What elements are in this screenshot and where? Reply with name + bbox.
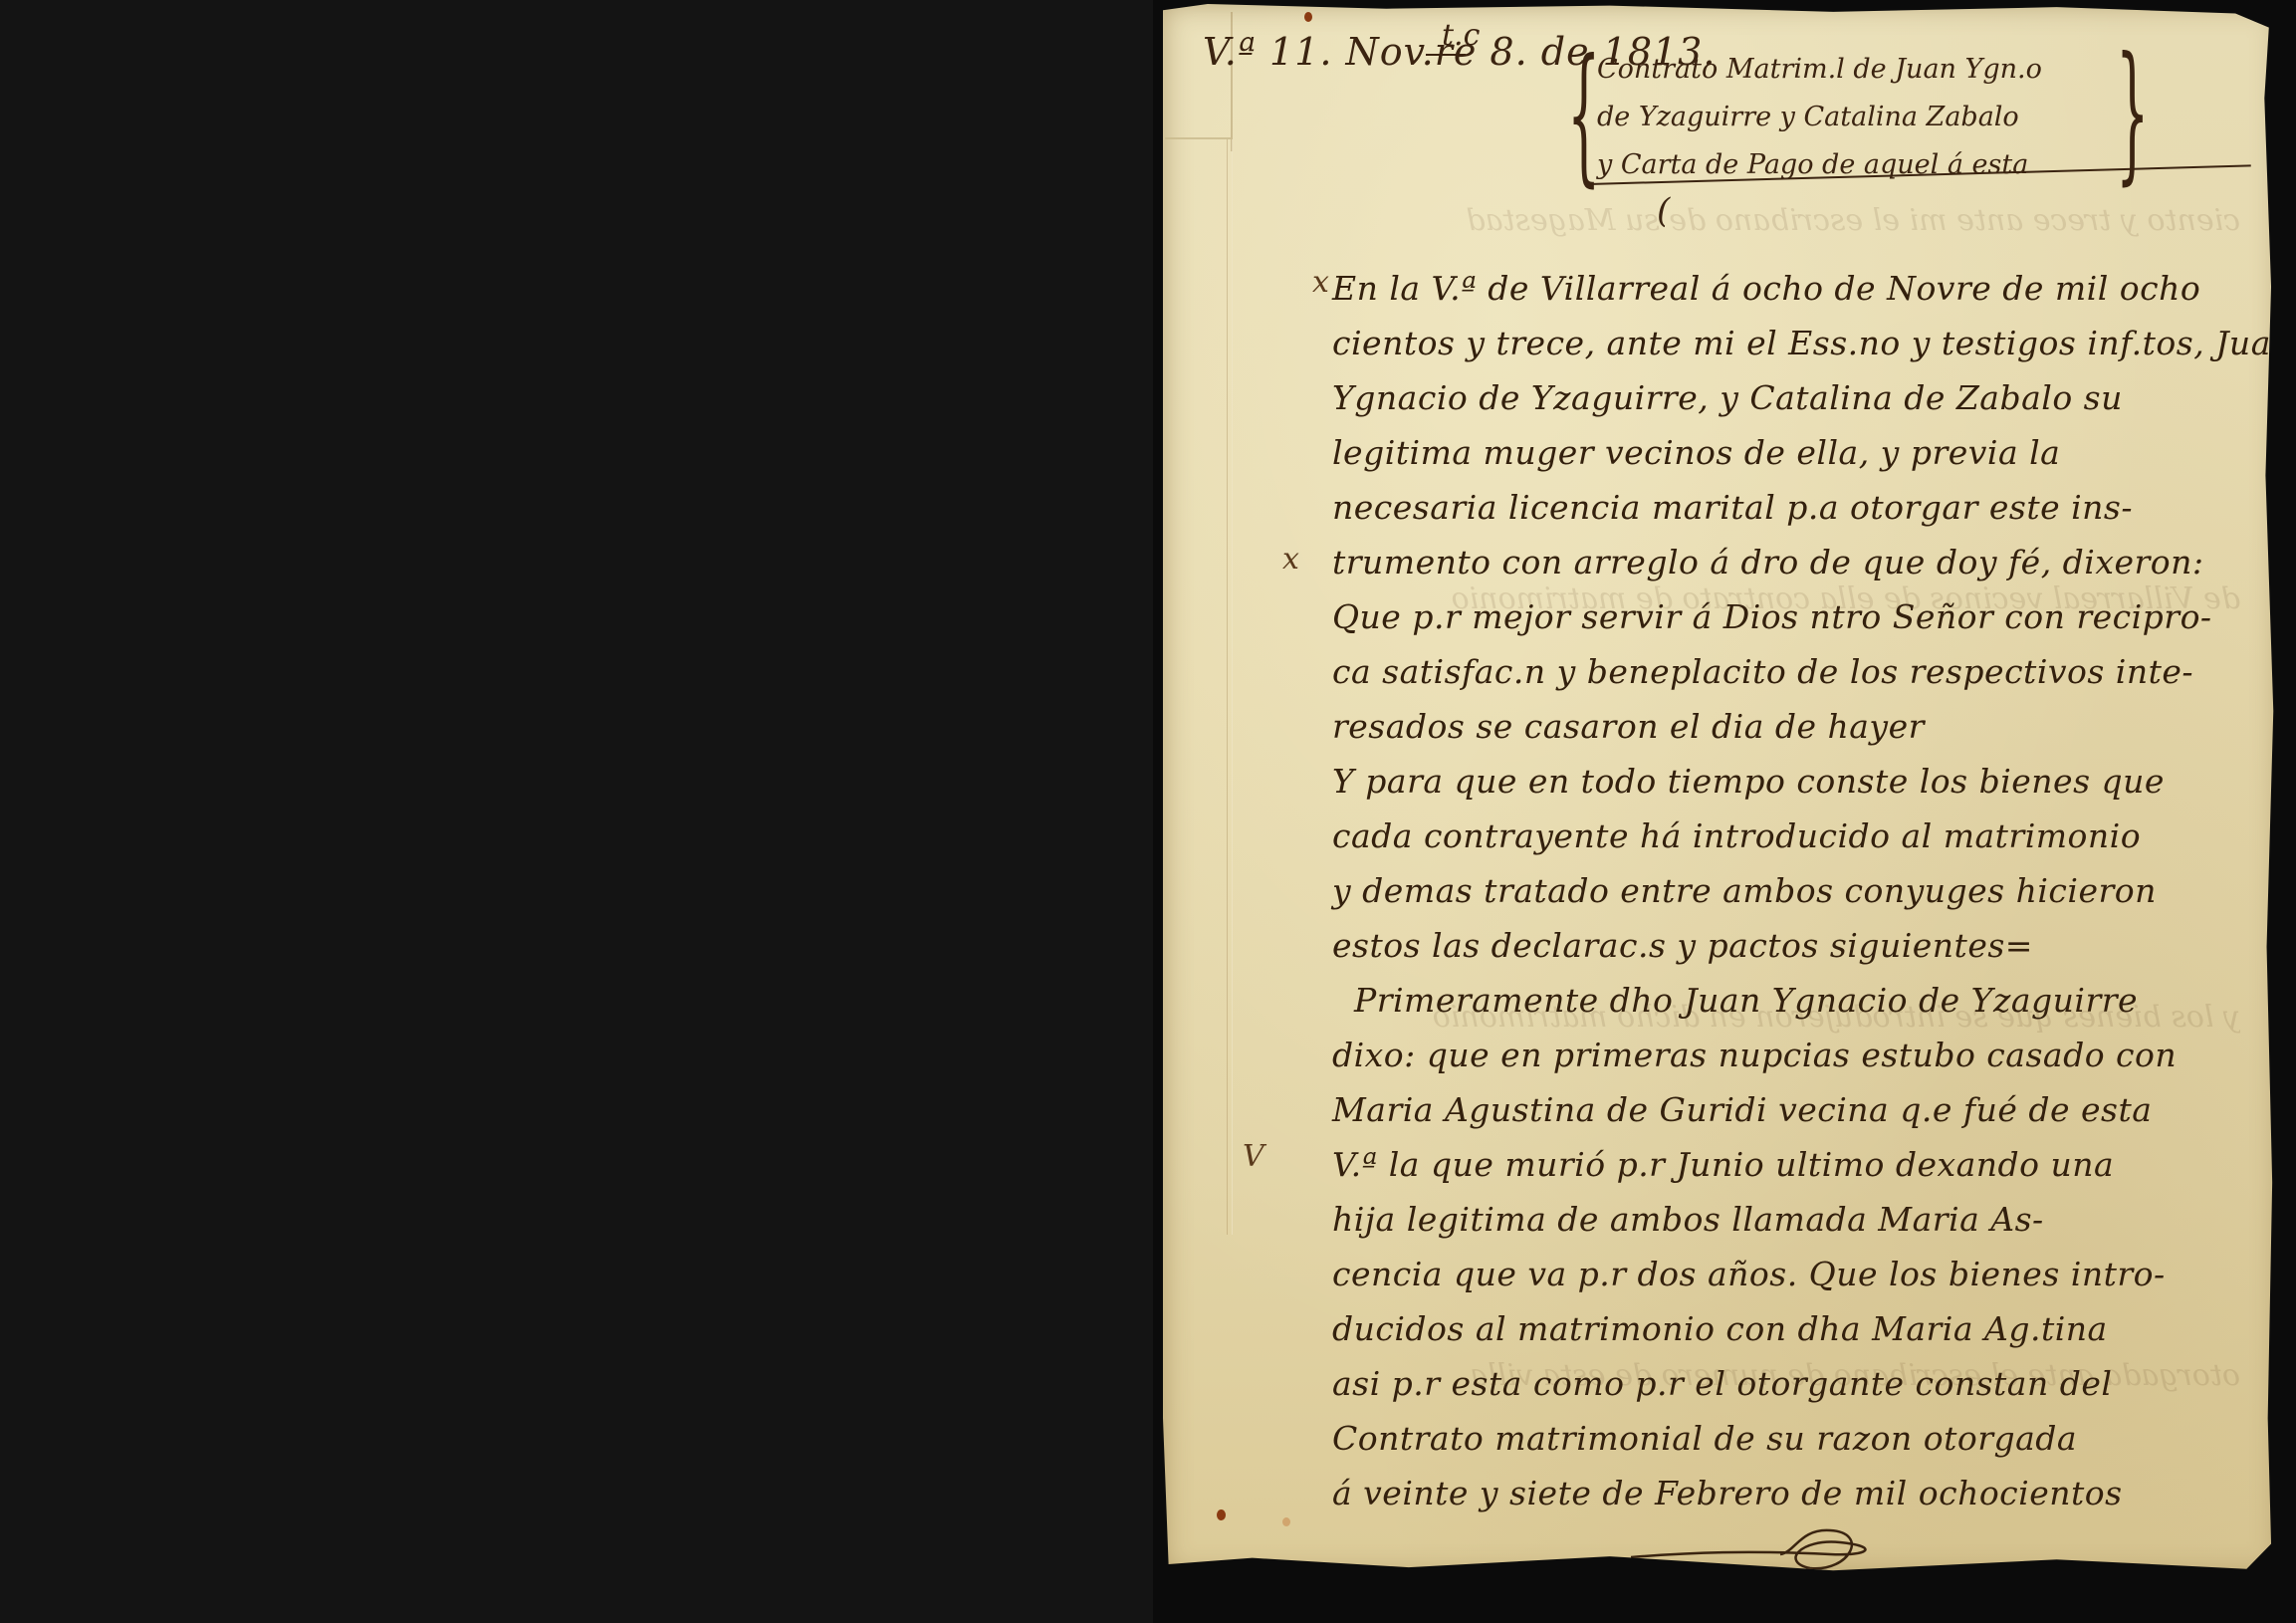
brace-right-icon: } xyxy=(2116,38,2149,187)
fold-crease xyxy=(1227,139,1233,1235)
text-line: necesaria licencia marital p.a otorgar e… xyxy=(1332,480,2208,535)
text-line: resados se casaron el dia de hayer xyxy=(1332,699,2208,754)
image-viewer: ciento y trece ante mi el escribano de s… xyxy=(0,0,2296,1623)
header-mark: t.c xyxy=(1442,18,1480,53)
text-line: asi p.r esta como p.r el otorgante const… xyxy=(1332,1356,2208,1411)
text-line: cada contrayente há introducido al matri… xyxy=(1332,809,2208,863)
text-line: cientos y trece, ante mi el Ess.no y tes… xyxy=(1332,316,2208,370)
ink-stain xyxy=(1217,1509,1226,1520)
ink-stain xyxy=(1304,12,1312,22)
ink-stain xyxy=(1282,1517,1290,1526)
text-line: En la V.ª de Villarreal á ocho de Novre … xyxy=(1332,261,2208,316)
summary-line: de Yzaguirre y Catalina Zabalo xyxy=(1597,94,2109,141)
text-line: Primeramente dho Juan Ygnacio de Yzaguir… xyxy=(1332,973,2208,1028)
text-line: dixo: que en primeras nupcias estubo cas… xyxy=(1332,1028,2208,1082)
text-line: Que p.r mejor servir á Dios ntro Señor c… xyxy=(1332,589,2208,644)
text-line: Contrato matrimonial de su razon otorgad… xyxy=(1332,1411,2208,1466)
text-line: legitima muger vecinos de ella, y previa… xyxy=(1332,425,2208,480)
manuscript-page: ciento y trece ante mi el escribano de s… xyxy=(1163,4,2280,1575)
margin-note: x xyxy=(1312,265,1329,300)
text-line: hija legitima de ambos llamada Maria As- xyxy=(1332,1192,2208,1247)
text-line: Y para que en todo tiempo conste los bie… xyxy=(1332,754,2208,809)
summary-line: Contrato Matrim.l de Juan Ygn.o xyxy=(1597,46,2109,94)
text-line: estos las declarac.s y pactos siguientes… xyxy=(1332,918,2208,973)
brace-left-icon: { xyxy=(1567,40,1600,189)
bleed-through-text: ciento y trece ante mi el escribano de s… xyxy=(1282,203,2240,238)
text-line: ducidos al matrimonio con dha Maria Ag.t… xyxy=(1332,1301,2208,1356)
text-line: ca satisfac.n y beneplacito de los respe… xyxy=(1332,644,2208,699)
manuscript-body: En la V.ª de Villarreal á ocho de Novre … xyxy=(1332,261,2208,1520)
text-line: Ygnacio de Yzaguirre, y Catalina de Zaba… xyxy=(1332,370,2208,425)
text-line: cencia que va p.r dos años. Que los bien… xyxy=(1332,1247,2208,1301)
text-line: á veinte y siete de Febrero de mil ochoc… xyxy=(1332,1466,2208,1520)
text-line: y demas tratado entre ambos conyuges hic… xyxy=(1332,863,2208,918)
margin-note: V xyxy=(1243,1139,1264,1174)
fold-crease xyxy=(1165,137,1231,139)
summary-flourish: ( xyxy=(1657,191,1670,231)
text-line: Maria Agustina de Guridi vecina q.e fué … xyxy=(1332,1082,2208,1137)
margin-note: x xyxy=(1282,542,1299,577)
text-line: V.ª la que murió p.r Junio ultimo dexand… xyxy=(1332,1137,2208,1192)
text-line: trumento con arreglo á dro de que doy fé… xyxy=(1332,535,2208,589)
